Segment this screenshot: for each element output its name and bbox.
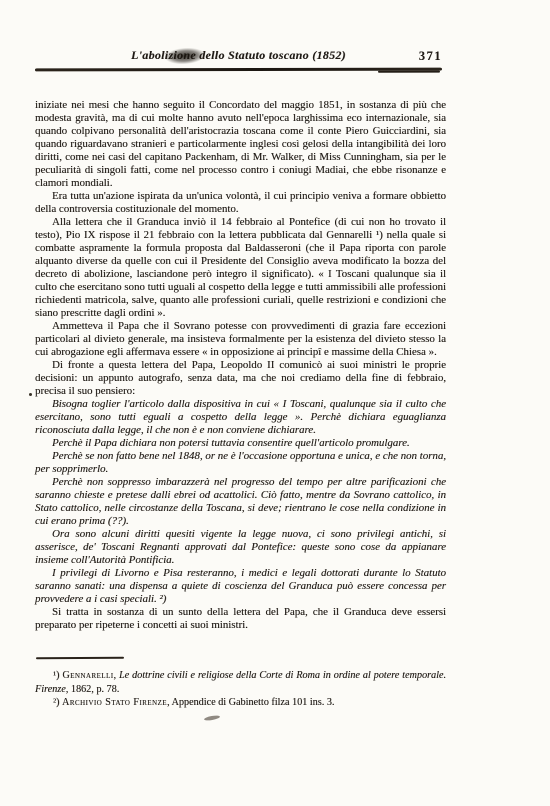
footnote: ¹) Gennarelli, Le dottrine civili e reli…	[35, 669, 446, 696]
footnotes: ¹) Gennarelli, Le dottrine civili e reli…	[35, 669, 446, 710]
footnote-segment: Gennarelli	[62, 670, 113, 681]
paragraph: Alla lettera che il Granduca inviò il 14…	[35, 216, 446, 320]
paragraph: Bisogna toglier l'articolo dalla disposi…	[35, 398, 446, 437]
paragraph: I privilegi di Livorno e Pisa resteranno…	[35, 567, 446, 606]
footnote-segment: Archivio Stato Firenze	[62, 697, 167, 708]
paragraph: Perchè il Papa dichiara non potersi tutt…	[35, 437, 446, 450]
paragraph: Ora sono alcuni diritti quesiti vigente …	[35, 528, 446, 567]
paragraph: Perchè non soppresso imbarazzerà nel pro…	[35, 476, 446, 528]
chapter-running-title: L'abolizione dello Statuto toscano (1852…	[131, 48, 346, 63]
page-number: 371	[419, 49, 442, 64]
paragraph: Perchè se non fatto bene nel 1848, or ne…	[35, 450, 446, 476]
footnote-segment: 1862, p. 78.	[68, 684, 119, 695]
footnote-segment: ¹)	[53, 670, 62, 681]
paragraph: Di fronte a questa lettera del Papa, Leo…	[35, 359, 446, 398]
footnote: ²) Archivio Stato Firenze, Appendice di …	[35, 696, 446, 710]
book-page: L'abolizione dello Statuto toscano (1852…	[0, 0, 550, 806]
scan-smudge-artifact	[204, 715, 220, 722]
paragraph: Ammetteva il Papa che il Sovrano potesse…	[35, 320, 446, 359]
paragraph: Era tutta un'azione ispirata da un'unica…	[35, 190, 446, 216]
ink-smudge-artifact	[164, 47, 205, 66]
header-rule	[35, 68, 442, 71]
paragraph: Si tratta in sostanza di un sunto della …	[35, 606, 446, 632]
running-header: L'abolizione dello Statuto toscano (1852…	[35, 48, 442, 65]
footnote-separator-rule	[36, 657, 124, 659]
footnote-segment: ²)	[53, 697, 62, 708]
paragraph: iniziate nei mesi che hanno seguito il C…	[35, 99, 446, 190]
footnote-segment: , Appendice di Gabinetto filza 101 ins. …	[167, 697, 335, 708]
body-text: iniziate nei mesi che hanno seguito il C…	[35, 99, 446, 632]
scan-dot-artifact	[29, 393, 32, 396]
